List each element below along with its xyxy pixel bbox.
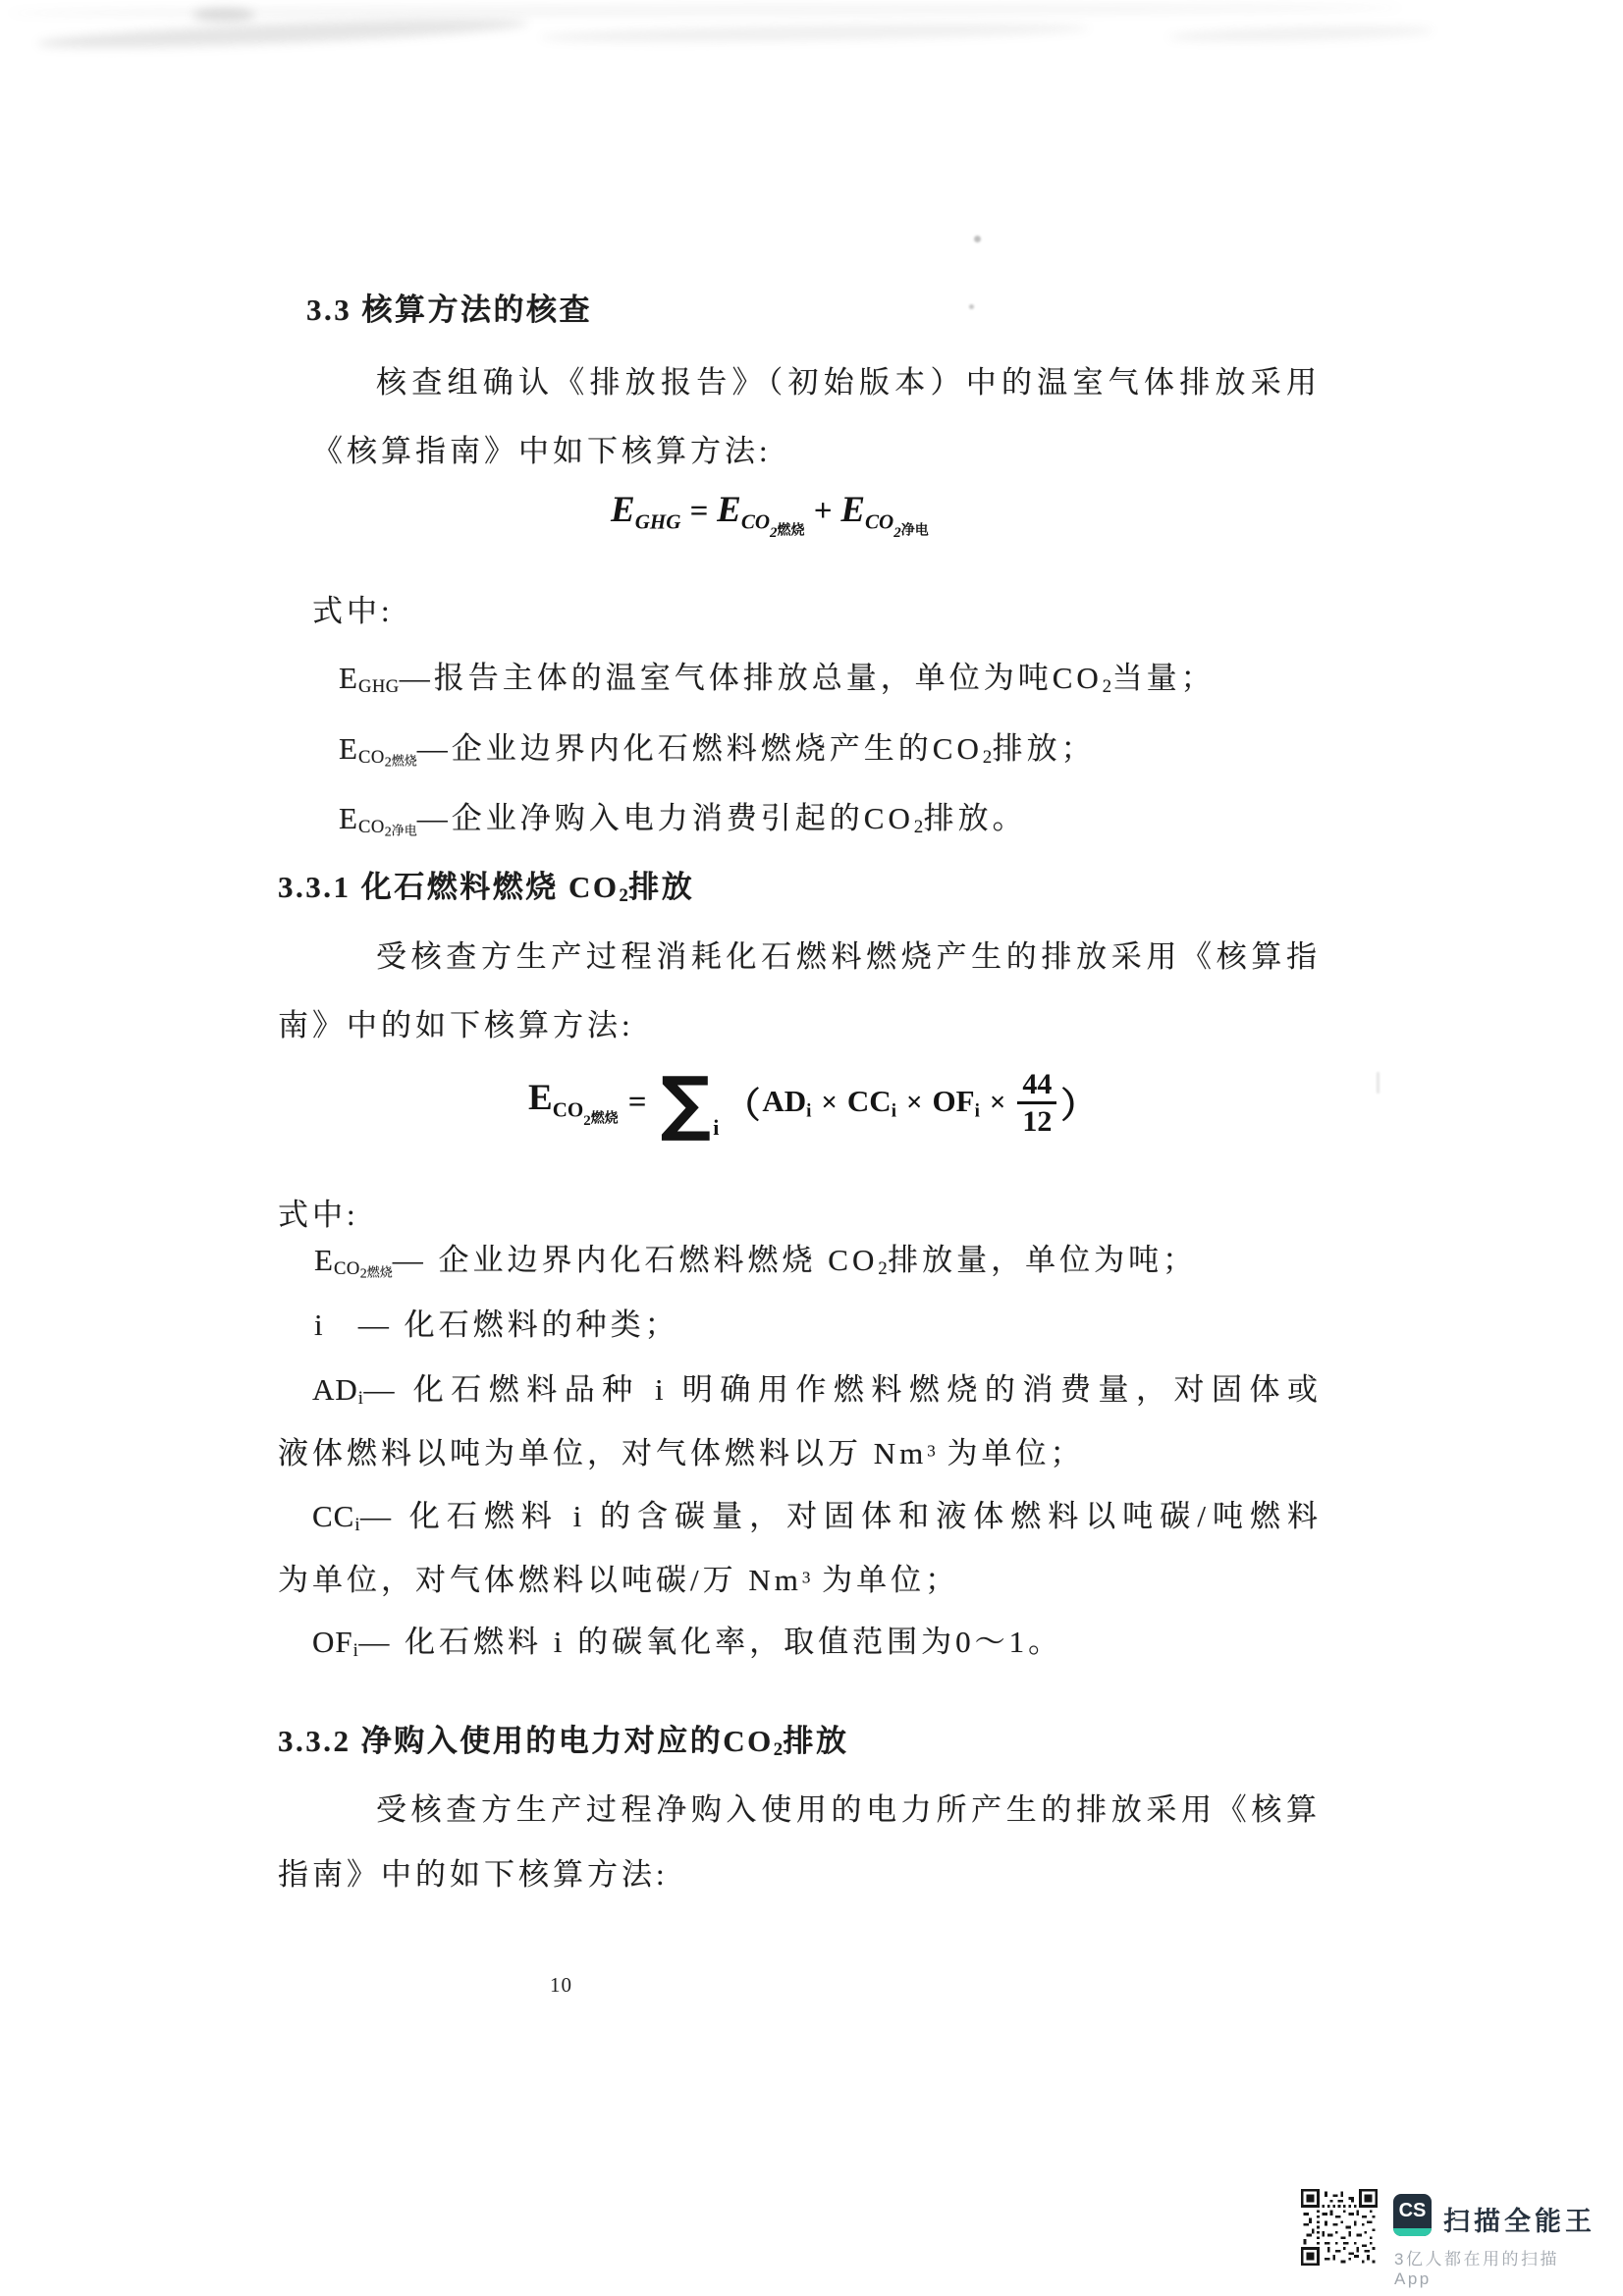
definition-cci: CCi— 化石燃料 i 的含碳量，对固体和液体燃料以吨碳/吨燃料 — [312, 1491, 1322, 1536]
definition-eco2-amount: ECO2燃烧— 企业边界内化石燃料燃烧 CO2排放量，单位为吨； — [314, 1235, 1197, 1283]
definition-eco2-combustion: ECO2燃烧—企业边界内化石燃料燃烧产生的CO2排放； — [339, 723, 1096, 772]
scan-artifact — [974, 236, 981, 242]
brand-name: 扫描全能王 — [1443, 2200, 1596, 2238]
fraction-denominator: 12 — [1022, 1104, 1052, 1138]
camscanner-logo-text: CS — [1393, 2194, 1432, 2228]
sigma-index: i — [713, 1115, 719, 1141]
paragraph-1-line-2: 《核算指南》中如下核算方法: — [312, 426, 772, 470]
equals-sign: = — [628, 1085, 647, 1121]
camscanner-logo: CS — [1393, 2194, 1432, 2236]
definition-cci-cont: 为单位，对气体燃料以吨碳/万 Nm3 为单位； — [278, 1555, 959, 1599]
definition-eghg: EGHG—报告主体的温室气体排放总量，单位为吨CO2当量； — [339, 653, 1216, 698]
scan-artifact — [192, 8, 255, 22]
shizhong-label-2: 式中: — [278, 1190, 359, 1234]
fraction-44-12: 44 12 — [1017, 1068, 1056, 1138]
fraction-numerator: 44 — [1017, 1068, 1056, 1104]
formula-combustion: ECO2燃烧 = ∑ i （ ADi×CCi×OFi× 44 12 ） — [528, 1068, 1098, 1138]
section-3-3-2-heading: 3.3.2 净购入使用的电力对应的CO2排放 — [278, 1716, 849, 1761]
close-paren: ） — [1060, 1078, 1096, 1128]
paragraph-3-line-1: 受核查方生产过程净购入使用的电力所产生的排放采用《核算 — [376, 1785, 1321, 1829]
section-3-3-1-heading: 3.3.1 化石燃料燃烧 CO2排放 — [278, 862, 694, 907]
camscanner-watermark: CS 扫描全能王 3亿人都在用的扫描App — [1301, 2186, 1596, 2274]
paragraph-3-line-2: 指南》中的如下核算方法: — [278, 1849, 669, 1894]
shizhong-label-1: 式中: — [312, 586, 394, 630]
paragraph-2-line-2: 南》中的如下核算方法: — [278, 1000, 634, 1044]
brand-tagline: 3亿人都在用的扫描App — [1394, 2245, 1596, 2289]
camscanner-logo-accent — [1393, 2228, 1432, 2236]
section-3-3-heading: 3.3 核算方法的核查 — [306, 285, 592, 329]
scan-artifact — [969, 304, 974, 309]
page-number: 10 — [550, 1973, 572, 1998]
qr-code — [1301, 2187, 1378, 2268]
definition-adi: ADi— 化石燃料品种 i 明确用作燃料燃烧的消费量，对固体或 — [312, 1364, 1322, 1410]
scanned-document-page: 3.3 核算方法的核查 核查组确认《排放报告》（初始版本）中的温室气体排放采用 … — [0, 0, 1623, 2296]
formula-terms: ADi×CCi×OFi× — [762, 1084, 1015, 1123]
scan-artifact — [1377, 1072, 1380, 1094]
paragraph-1-line-1: 核查组确认《排放报告》（初始版本）中的温室气体排放采用 — [376, 357, 1321, 401]
paragraph-2-line-1: 受核查方生产过程消耗化石燃料燃烧产生的排放采用《核算指 — [376, 932, 1321, 976]
definition-adi-cont: 液体燃料以吨为单位，对气体燃料以万 Nm3 为单位； — [278, 1428, 1085, 1472]
definition-eco2-electricity: ECO2净电—企业净购入电力消费引起的CO2排放。 — [339, 793, 1027, 841]
open-paren: （ — [725, 1078, 760, 1128]
scan-artifact — [540, 21, 1090, 45]
formula-ghg: EGHG=ECO2燃烧+ECO2净电 — [611, 489, 929, 542]
summation-symbol: ∑ i — [661, 1073, 720, 1133]
definition-ofi: OFi— 化石燃料 i 的碳氧化率，取值范围为0～1。 — [312, 1617, 1062, 1662]
formula-lhs: ECO2燃烧 — [528, 1077, 619, 1130]
sigma-glyph: ∑ — [661, 1073, 712, 1133]
definition-i: i — 化石燃料的种类； — [314, 1300, 679, 1344]
scan-artifact — [1168, 24, 1434, 43]
scan-artifact — [37, 14, 528, 54]
